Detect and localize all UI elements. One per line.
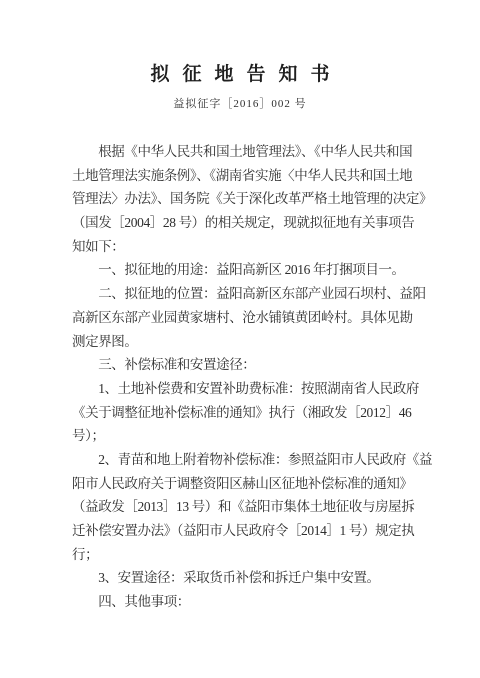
body-text-line: 号）； — [72, 424, 417, 448]
body-text-line: （国发［2004］28 号）的相关规定，现就拟征地有关事项告 — [72, 211, 417, 235]
body-text-line: 迁补偿安置办法》（益阳市人民政府令［2014］1 号）规定执 — [72, 519, 417, 543]
body-text-line: 土地管理法实施条例》、《湖南省实施〈中华人民共和国土地 — [72, 164, 417, 188]
body-text-line: 1、土地补偿费和安置补助费标准：按照湖南省人民政府 — [72, 377, 417, 401]
document-number: 益拟征字［2016］002 号 — [173, 98, 306, 110]
body-text-line: 《关于调整征地补偿标准的通知》执行（湘政发［2012］46 — [72, 401, 417, 425]
body-text-line: 知如下： — [72, 235, 417, 259]
body-text-line: 三、补偿标准和安置途径： — [72, 353, 417, 377]
body-text-line: 一、拟征地的用途：益阳高新区 2016 年打捆项目一。 — [72, 258, 417, 282]
body-text-line: 测定界图。 — [72, 330, 417, 354]
body-text-line: 根据《中华人民共和国土地管理法》、《中华人民共和国 — [72, 140, 417, 164]
body-text-line: 行； — [72, 543, 417, 567]
document-body: 根据《中华人民共和国土地管理法》、《中华人民共和国土地管理法实施条例》、《湖南省… — [72, 140, 417, 614]
body-text-line: 2、青苗和地上附着物补偿标准：参照益阳市人民政府《益 — [72, 448, 417, 472]
body-text-line: 阳市人民政府关于调整资阳区赫山区征地补偿标准的通知》 — [72, 472, 417, 496]
document-title-row: 拟征地告知书 — [0, 0, 480, 87]
body-text-line: 3、安置途径：采取货币补偿和拆迁户集中安置。 — [72, 566, 417, 590]
document-title: 拟征地告知书 — [150, 64, 342, 85]
body-text-line: 二、拟征地的位置：益阳高新区东部产业园石坝村、益阳 — [72, 282, 417, 306]
body-text-line: 高新区东部产业园黄家塘村、沧水铺镇黄团岭村。具体见勘 — [72, 306, 417, 330]
body-text-line: 四、其他事项： — [72, 590, 417, 614]
document-page: 拟征地告知书 益拟征字［2016］002 号 根据《中华人民共和国土地管理法》、… — [0, 0, 480, 678]
document-number-row: 益拟征字［2016］002 号 — [0, 96, 480, 111]
body-text-line: （益政发［2013］13 号）和《益阳市集体土地征收与房屋拆 — [72, 495, 417, 519]
body-text-line: 管理法〉办法》、国务院《关于深化改革严格土地管理的决定》 — [72, 187, 417, 211]
